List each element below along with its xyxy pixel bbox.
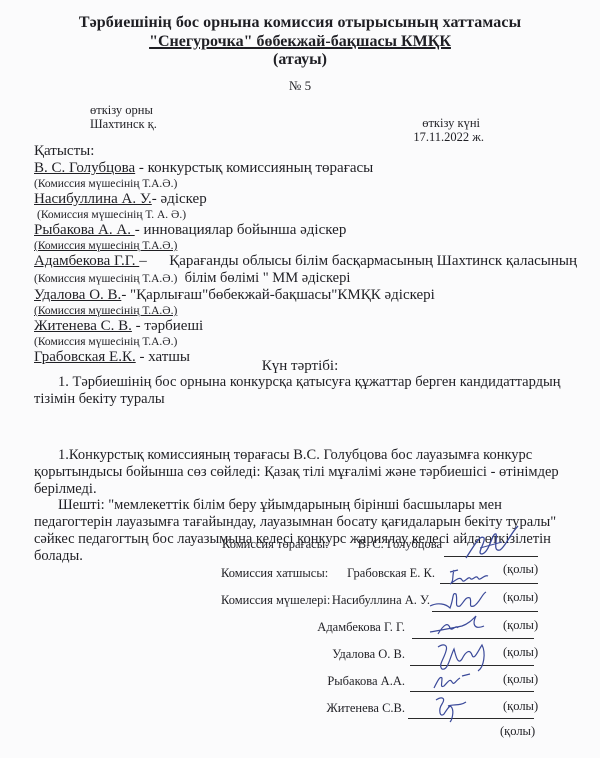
signature-mark-icon	[430, 670, 480, 692]
participant-row: Рыбакова А. А. - инновациялар бойынша әд…	[34, 222, 594, 239]
signature-name: Рыбакова А.А.	[327, 674, 405, 689]
organization-caption: (атауы)	[0, 51, 600, 69]
document-page: Тәрбиешінің бос орнына комиссия отырысын…	[0, 0, 600, 758]
participant-name: В. С. Голубцова	[34, 160, 135, 176]
signature-row: Комиссия мүшелері: Насибуллина А. У.	[0, 593, 600, 613]
signature-caption: (қолы)	[500, 724, 535, 739]
participant-note: (Комиссия мүшесінің Т.А.Ә.)	[34, 273, 177, 285]
agenda-title: Күн тәртібі:	[0, 358, 600, 375]
agenda-item: 1. Тәрбиешінің бос орнына конкурсқа қаты…	[34, 374, 574, 408]
participant-role: – Қарағанды облысы білім басқармасының Ш…	[139, 253, 577, 269]
participant-note: (Комиссия мүшесінің Т.А.Ә.)	[34, 239, 594, 253]
signature-row: Удалова О. В.	[0, 647, 600, 667]
signature-role: Комиссия хатшысы:	[221, 566, 328, 581]
participant-row: В. С. Голубцова - конкурстық комиссияның…	[34, 160, 594, 177]
signature-name: Удалова О. В.	[332, 647, 405, 662]
place-value: Шахтинск қ.	[90, 117, 157, 132]
document-title: Тәрбиешінің бос орнына комиссия отырысын…	[0, 14, 600, 32]
participant-row: Житенева С. В. - тәрбиеші	[34, 318, 594, 335]
participant-row: Адамбекова Г.Г. – Қарағанды облысы білім…	[34, 253, 594, 270]
signature-name: Житенева С.В.	[327, 701, 405, 716]
participants-heading: Қатысты:	[34, 143, 594, 160]
organization-name: "Снегурочка" бөбекжай-бақшасы КМҚК	[0, 33, 600, 51]
signature-role: Комиссия төрағасы:	[222, 537, 329, 552]
participant-row: Насибуллина А. У.- әдіскер	[34, 191, 594, 208]
participant-name: Насибуллина А. У.	[34, 191, 152, 207]
report-paragraph: 1.Конкурстық комиссияның төрағасы В.С. Г…	[34, 447, 574, 498]
participant-name: Удалова О. В.	[34, 287, 121, 303]
signature-mark-icon	[446, 566, 496, 588]
signature-line	[408, 718, 534, 719]
signature-name: Адамбекова Г. Г.	[317, 620, 405, 635]
signature-mark-icon	[430, 694, 470, 724]
signature-name: Насибуллина А. У.	[332, 593, 430, 608]
participant-role: - тәрбиеші	[132, 318, 203, 334]
protocol-number: № 5	[0, 78, 600, 94]
participant-name: Адамбекова Г.Г.	[34, 253, 139, 269]
participant-role: - конкурстық комиссияның төрағасы	[135, 160, 373, 176]
participant-role-continuation: білім бөлімі " ММ әдіскері	[177, 270, 350, 286]
participant-note-row: (Комиссия мүшесінің Т.А.Ә.) білім бөлімі…	[34, 270, 594, 287]
signature-role: Комиссия мүшелері:	[221, 593, 330, 608]
signature-name: В. С. Голубцова	[358, 537, 442, 552]
participant-note: (Комиссия мүшесінің Т.А.Ә.)	[34, 177, 594, 191]
participant-note: (Комиссия мүшесінің Т.А.Ә.)	[34, 335, 594, 349]
participant-role: - инновациялар бойынша әдіскер	[135, 222, 347, 238]
signature-name: Грабовская Е. К.	[347, 566, 435, 581]
participant-name: Житенева С. В.	[34, 318, 132, 334]
signature-row: Адамбекова Г. Г.	[0, 620, 600, 640]
participant-role: - әдіскер	[152, 191, 207, 207]
participant-name: Рыбакова А. А.	[34, 222, 135, 238]
participants-section: Қатысты: В. С. Голубцова - конкурстық ко…	[34, 143, 594, 366]
participant-note: (Комиссия мүшесінің Т.А.Ә.)	[34, 304, 594, 318]
date-label: өткізу күні	[422, 116, 480, 131]
place-label: өткізу орны	[90, 103, 153, 118]
organization-name-text: "Снегурочка" бөбекжай-бақшасы КМҚК	[149, 33, 451, 50]
participant-role: - "Қарлығаш"бөбекжай-бақшасы"КМҚК әдіске…	[121, 287, 435, 303]
signature-mark-icon	[462, 524, 522, 564]
participant-note: (Комиссия мүшесінің Т. А. Ә.)	[34, 208, 594, 222]
participant-row: Удалова О. В.- "Қарлығаш"бөбекжай-бақшас…	[34, 287, 594, 304]
signature-mark-icon	[428, 612, 488, 640]
